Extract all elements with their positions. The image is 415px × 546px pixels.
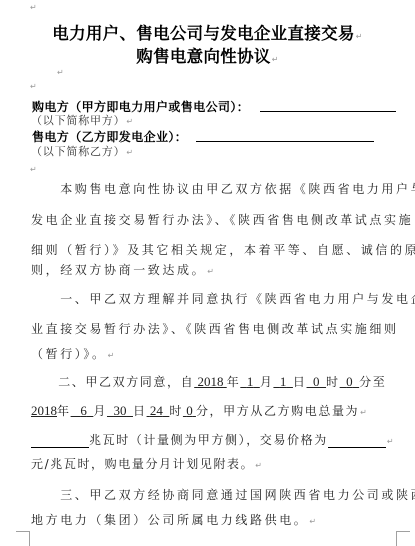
end-hour-value: 24 xyxy=(150,403,163,418)
start-hour-field[interactable]: 0 xyxy=(307,374,327,389)
end-day-field[interactable]: 30 xyxy=(107,403,133,418)
clause2-line1: 二、甲乙双方同意，自 2018 年 1 月 1 日 0 时 0 分至 xyxy=(31,373,386,390)
clause2-line3: 兆瓦时（计量侧为甲方侧），交易价格为↵ xyxy=(31,431,395,448)
paragraph-mark: ↵ xyxy=(126,117,134,126)
paragraph-mark: ↵ xyxy=(272,55,279,64)
total-energy-field[interactable] xyxy=(31,435,89,448)
unit-minute: 分 xyxy=(196,404,210,418)
title-text: 购售电意向性协议 xyxy=(136,47,270,66)
start-hour-value: 0 xyxy=(313,374,320,389)
start-month-field[interactable]: 1 xyxy=(240,374,260,389)
total-text: ，甲方从乙方购电总量为 xyxy=(210,404,360,418)
end-minute-field[interactable]: 0 xyxy=(183,403,196,418)
clause3-text: 地方电力（集团）公司所属电力线路供电。 xyxy=(31,513,308,527)
clause3-line: 三、甲乙双方经协商同意通过国网陕西省电力公司或陕西 xyxy=(31,486,415,503)
preamble-line: 则，经双方协商一致达成。↵ xyxy=(31,261,217,278)
paragraph-mark: ↵ xyxy=(255,461,263,470)
paragraph-mark: ↵ xyxy=(108,351,117,360)
clause1-line: （暂行）》。↵ xyxy=(31,345,117,362)
title-text: 电力用户、售电公司与发电企业直接交易 xyxy=(52,24,354,43)
paragraph-mark: ↵ xyxy=(57,68,64,77)
clause3-line: 地方电力（集团）公司所属电力线路供电。↵ xyxy=(31,511,319,528)
unit-hour: 时 xyxy=(169,404,183,418)
start-minute-value: 0 xyxy=(346,374,353,389)
unit-day: 日 xyxy=(133,404,147,418)
paragraph-mark: ↵ xyxy=(30,82,37,91)
buyer-alias: （以下简称甲方）↵ xyxy=(31,112,134,128)
start-year-field[interactable]: 2018 xyxy=(194,374,227,389)
paragraph-mark: ↵ xyxy=(356,32,363,41)
page-corner-mark-left xyxy=(16,531,30,546)
clause2-tail: 元/兆瓦时，购电量分月计划见附表。 xyxy=(31,457,254,471)
start-month-value: 1 xyxy=(247,374,254,389)
price-field[interactable] xyxy=(328,435,386,448)
preamble-line: 细则（暂行）》及其它相关规定，本着平等、自愿、诚信的原 xyxy=(31,241,415,258)
paragraph-mark: ↵ xyxy=(30,165,37,174)
end-minute-value: 0 xyxy=(186,403,193,418)
end-year-value: 2018 xyxy=(31,403,57,418)
document-title-line1: 电力用户、售电公司与发电企业直接交易↵ xyxy=(0,20,415,44)
start-day-value: 1 xyxy=(280,374,287,389)
clause2-line2: 2018年 6 月 30 日 24 时 0 分，甲方从乙方购电总量为↵ xyxy=(31,402,368,419)
unit-month: 月 xyxy=(93,404,107,418)
unit-month: 月 xyxy=(260,375,274,389)
preamble-text: 则，经双方协商一致达成。 xyxy=(31,263,206,277)
paragraph-mark: ↵ xyxy=(126,148,134,157)
buyer-name-field[interactable] xyxy=(260,111,396,112)
seller-name-field[interactable] xyxy=(196,141,374,142)
clause1-text: （暂行）》。 xyxy=(31,347,107,361)
paragraph-mark: ↵ xyxy=(309,517,318,526)
unit-year: 年 xyxy=(227,375,241,389)
end-day-value: 30 xyxy=(113,403,126,418)
clause2-line4: 元/兆瓦时，购电量分月计划见附表。↵ xyxy=(31,455,264,472)
end-hour-field[interactable]: 24 xyxy=(147,403,170,418)
paragraph-mark: ↵ xyxy=(30,3,37,12)
paragraph-mark: ↵ xyxy=(360,408,368,417)
unit-year: 年 xyxy=(57,404,71,418)
unit-hour: 时 xyxy=(326,375,340,389)
start-minute-field[interactable]: 0 xyxy=(340,374,360,389)
page-corner-mark-right xyxy=(396,531,410,546)
end-year-field[interactable]: 2018 xyxy=(31,403,57,418)
to-text: 至 xyxy=(373,375,387,389)
paragraph-mark: ↵ xyxy=(387,437,395,446)
document-title-line2: 购售电意向性协议↵ xyxy=(0,43,415,67)
seller-alias: （以下简称乙方）↵ xyxy=(31,143,134,159)
mwh-text: 兆瓦时（计量侧为甲方侧），交易价格为 xyxy=(89,433,328,447)
start-day-field[interactable]: 1 xyxy=(273,374,293,389)
preamble-line: 发电企业直接交易暂行办法》、《陕西省售电侧改革试点实施 xyxy=(31,211,413,228)
preamble-line: 本购售电意向性协议由甲乙双方依据《陕西省电力用户与 xyxy=(31,180,415,197)
unit-day: 日 xyxy=(293,375,307,389)
clause1-line: 业直接交易暂行办法》、《陕西省售电侧改革试点实施细则 xyxy=(31,320,399,337)
clause1-line: 一、甲乙双方理解并同意执行《陕西省电力用户与发电企 xyxy=(31,290,415,307)
seller-alias-text: （以下简称乙方） xyxy=(31,145,125,158)
clause2-intro: 二、甲乙双方同意，自 xyxy=(31,375,194,389)
end-month-field[interactable]: 6 xyxy=(71,403,94,418)
paragraph-mark: ↵ xyxy=(207,267,216,276)
unit-minute: 分 xyxy=(359,375,373,389)
start-year-value: 2018 xyxy=(197,374,223,389)
end-month-value: 6 xyxy=(80,403,87,418)
buyer-alias-text: （以下简称甲方） xyxy=(31,114,125,127)
